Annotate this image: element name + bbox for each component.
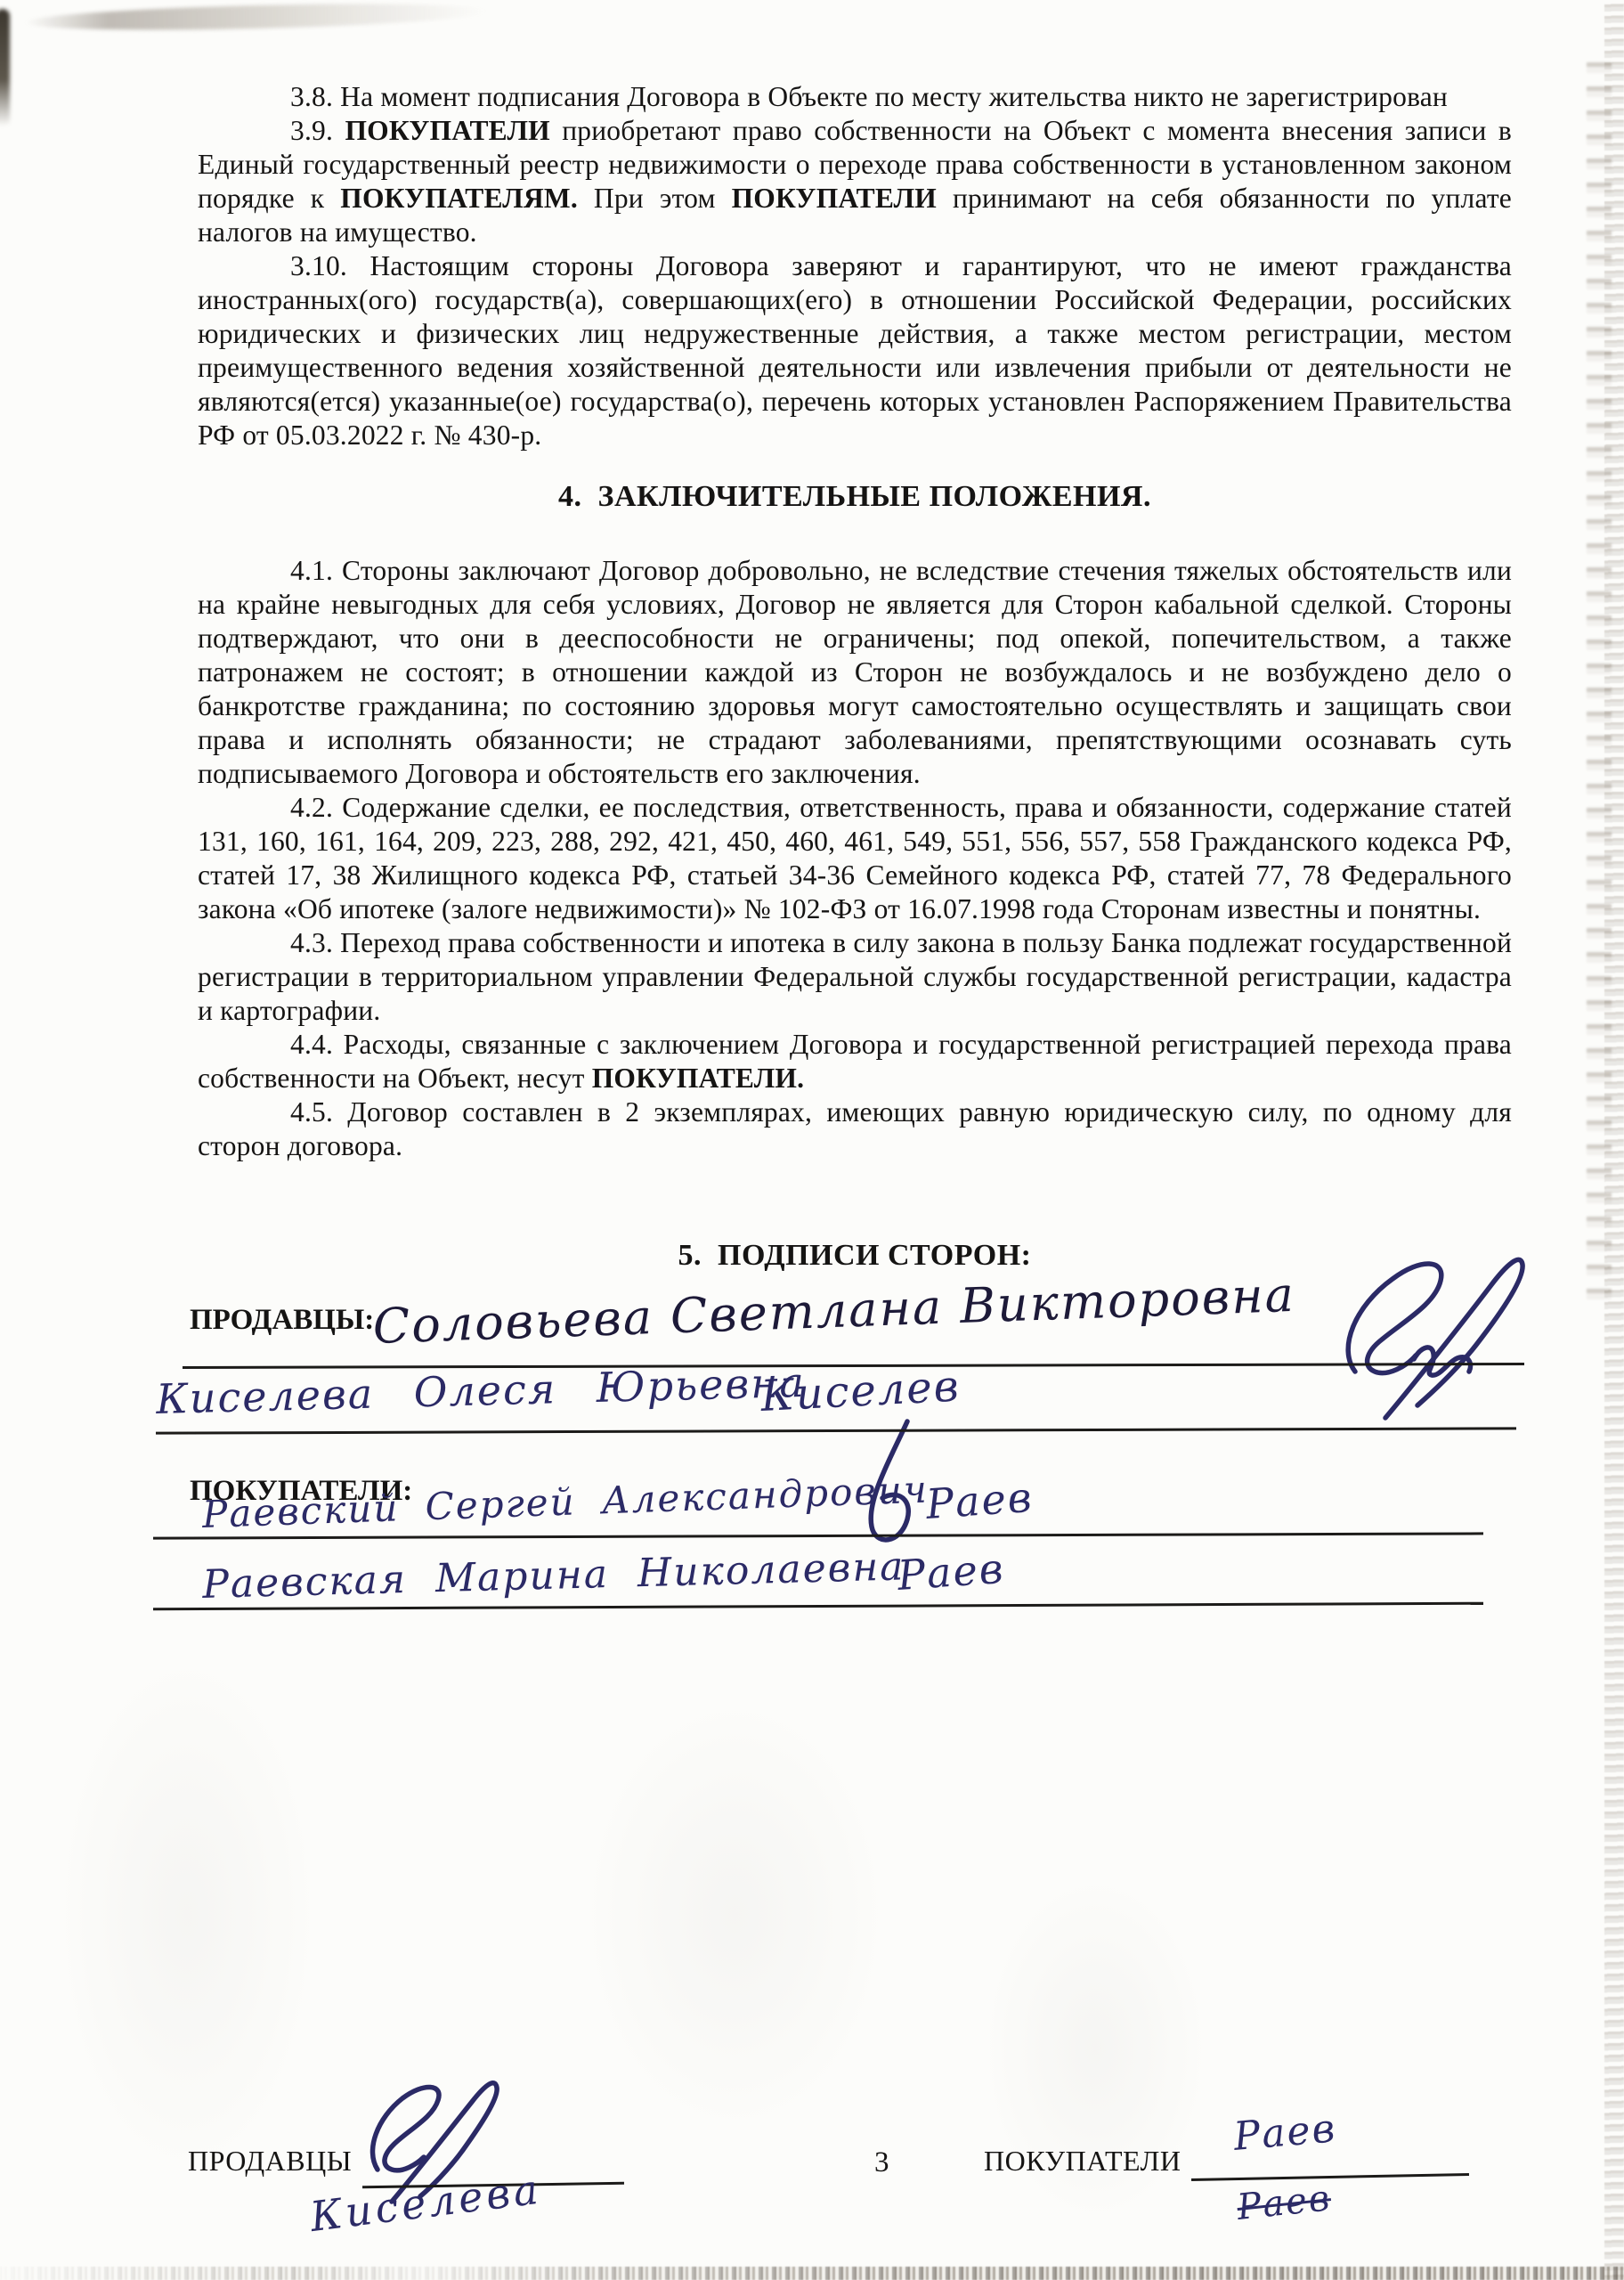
text-run: При этом — [578, 183, 732, 214]
buyer-1-signature-paraph: Раев — [924, 1473, 1035, 1528]
text-run: 4.3. Переход права собственности и ипоте… — [198, 927, 1512, 1026]
bold-run: ПОКУПАТЕЛЯМ. — [340, 183, 578, 214]
clause-4-5: 4.5. Договор составлен в 2 экземплярах, … — [198, 1095, 1512, 1163]
text-run: 3.10. Настоящим стороны Договора заверяю… — [198, 250, 1512, 451]
seller-2-signature-paraph: Киселев — [759, 1361, 962, 1421]
scan-edge-left-mark — [0, 9, 10, 126]
clause-3-9: 3.9. ПОКУПАТЕЛИ приобретают право собств… — [198, 114, 1512, 249]
page-number: 3 — [874, 2146, 889, 2179]
seller-1-handwritten-name: Соловьева Светлана Викторовна — [372, 1266, 1296, 1355]
signature-line-buyer-1 — [153, 1532, 1483, 1539]
clause-4-1: 4.1. Стороны заключают Договор доброволь… — [198, 554, 1512, 791]
clause-3-10: 3.10. Настоящим стороны Договора заверяю… — [198, 249, 1512, 452]
footer-signature-line-buyers — [1191, 2173, 1469, 2181]
document-page: 3.8. На момент подписания Договора в Объ… — [0, 0, 1624, 2280]
clause-3-8: 3.8. На момент подписания Договора в Объ… — [198, 80, 1512, 114]
scan-bottom-band — [0, 2267, 1624, 2280]
clause-4-2: 4.2. Содержание сделки, ее последствия, … — [198, 791, 1512, 926]
text-run: 3.9. — [290, 115, 345, 146]
section-5-heading: 5. ПОДПИСИ СТОРОН: — [198, 1238, 1512, 1274]
seller-1-signature-flourish — [1328, 1240, 1533, 1427]
sellers-label: ПРОДАВЦЫ: — [190, 1304, 374, 1337]
footer-buyer-paraph-below-line: Раев — [1235, 2178, 1333, 2228]
bold-run: ПОКУПАТЕЛИ — [732, 183, 937, 214]
bold-run: ПОКУПАТЕЛИ — [345, 115, 549, 146]
footer-sellers-label: ПРОДАВЦЫ — [188, 2145, 352, 2178]
contract-body: 3.8. На момент подписания Договора в Объ… — [198, 80, 1512, 1163]
text-run: 3.8. На момент подписания Договора в Объ… — [290, 81, 1448, 112]
text-run: 4.4. Расходы, связанные с заключением До… — [198, 1029, 1512, 1094]
footer-buyers-label: ПОКУПАТЕЛИ — [984, 2145, 1181, 2178]
scan-smudge-top — [25, 0, 488, 34]
text-run: 4.2. Содержание сделки, ее последствия, … — [198, 792, 1512, 924]
section-4-heading: 4. ЗАКЛЮЧИТЕЛЬНЫЕ ПОЛОЖЕНИЯ. — [198, 477, 1512, 517]
clause-4-3: 4.3. Переход права собственности и ипоте… — [198, 926, 1512, 1028]
buyer-2-handwritten-name: Раевская Марина Николаевна — [202, 1543, 905, 1608]
scan-edge-right-bleedthrough — [1587, 62, 1612, 1309]
buyer-2-signature-paraph: Раев — [896, 1544, 1006, 1600]
footer-buyer-paraph-above-line: Раев — [1232, 2105, 1339, 2160]
bold-run: 4. ЗАКЛЮЧИТЕЛЬНЫЕ ПОЛОЖЕНИЯ. — [558, 480, 1151, 513]
text-run: 4.5. Договор составлен в 2 экземплярах, … — [198, 1096, 1512, 1161]
paper-blotch — [579, 1692, 890, 2137]
clause-4-4: 4.4. Расходы, связанные с заключением До… — [198, 1028, 1512, 1095]
text-run: 4.1. Стороны заключают Договор доброволь… — [198, 555, 1512, 789]
bold-run: ПОКУПАТЕЛИ. — [592, 1063, 804, 1094]
paper-blotch — [53, 1648, 321, 2182]
